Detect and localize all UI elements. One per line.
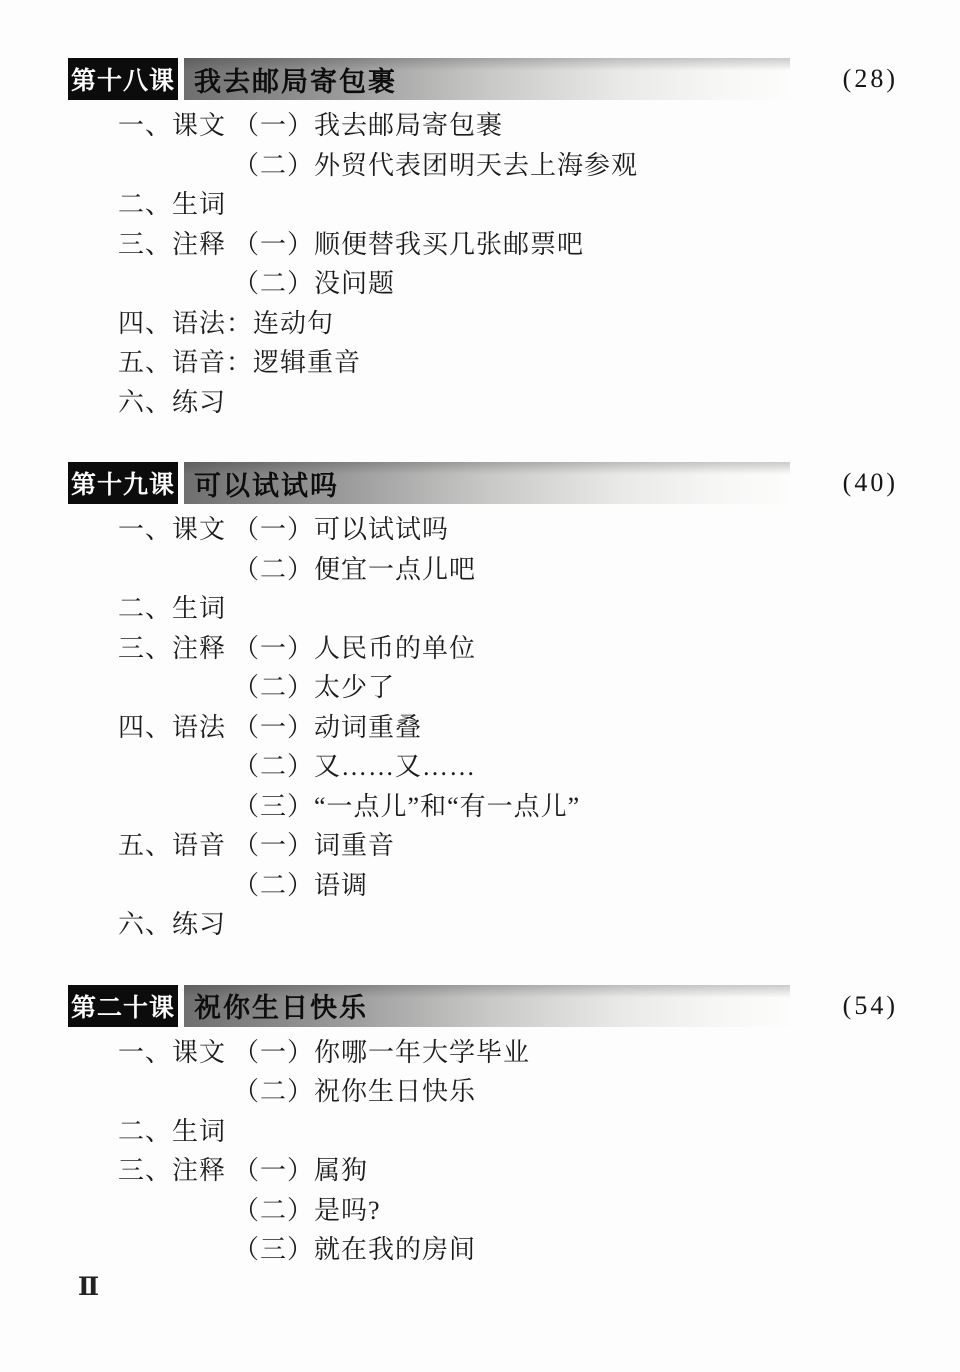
entry-heading: 三、注释 xyxy=(118,225,233,265)
page-number-marker: Ⅱ xyxy=(78,1272,898,1302)
entry-heading: 四、语法 xyxy=(118,708,233,748)
toc-entry-line: 四、语法（一）动词重叠 xyxy=(118,708,898,748)
toc-entry-line: 一、课文（一）我去邮局寄包裹 xyxy=(118,106,898,146)
entry-heading: 六、练习 xyxy=(118,905,233,945)
lesson-section: 第十九课可以试试吗(40)一、课文（一）可以试试吗（二）便宜一点儿吧二、生词三、… xyxy=(68,462,898,945)
toc-entry-line: 三、注释（一）顺便替我买几张邮票吧 xyxy=(118,225,898,265)
lesson-page-number: (28) xyxy=(790,58,898,100)
toc-lessons: 第十八课我去邮局寄包裹(28)一、课文（一）我去邮局寄包裹（二）外贸代表团明天去… xyxy=(68,58,898,1270)
entry-subitem: （二）便宜一点儿吧 xyxy=(233,550,476,590)
entry-subitem: （三）“一点儿”和“有一点儿” xyxy=(233,787,580,827)
lesson-title: 祝你生日快乐 xyxy=(184,986,368,1025)
lesson-header: 第十九课可以试试吗(40) xyxy=(68,462,898,504)
entry-subitem: （一）你哪一年大学毕业 xyxy=(233,1033,530,1073)
lesson-header: 第十八课我去邮局寄包裹(28) xyxy=(68,58,898,100)
entry-subitem: （二）又……又…… xyxy=(233,747,476,787)
entry-heading: 一、课文 xyxy=(118,1033,233,1073)
lesson-title: 可以试试吗 xyxy=(184,464,339,503)
entry-subitem: （一）人民币的单位 xyxy=(233,629,476,669)
toc-entry-line: 一、课文（一）可以试试吗 xyxy=(118,510,898,550)
entry-heading: 二、生词 xyxy=(118,589,233,629)
entry-subitem: （二）是吗? xyxy=(233,1191,381,1231)
toc-entry-line: 五、语音：逻辑重音 xyxy=(118,343,898,383)
lesson-title-bar: 祝你生日快乐 xyxy=(184,985,790,1027)
toc-entry-line: 六、练习 xyxy=(118,905,898,945)
entry-heading xyxy=(118,264,233,304)
lesson-number-label: 第十九课 xyxy=(68,462,178,504)
toc-entry-line: （二）语调 xyxy=(118,866,898,906)
toc-entry-line: （二）外贸代表团明天去上海参观 xyxy=(118,146,898,186)
entry-heading: 一、课文 xyxy=(118,106,233,146)
entry-heading: 三、注释 xyxy=(118,1151,233,1191)
toc-entry-line: （二）没问题 xyxy=(118,264,898,304)
entry-subitem: （三）就在我的房间 xyxy=(233,1230,476,1270)
entry-heading xyxy=(118,747,233,787)
entry-heading: 二、生词 xyxy=(118,1112,233,1152)
entry-subitem: （二）语调 xyxy=(233,866,368,906)
entry-heading xyxy=(118,787,233,827)
lesson-entry-list: 一、课文（一）可以试试吗（二）便宜一点儿吧二、生词三、注释（一）人民币的单位（二… xyxy=(68,510,898,945)
entry-heading: 二、生词 xyxy=(118,185,233,225)
entry-subitem: （二）太少了 xyxy=(233,668,395,708)
lesson-title-bar: 可以试试吗 xyxy=(184,462,790,504)
entry-subitem: （一）动词重叠 xyxy=(233,708,422,748)
entry-heading xyxy=(118,1230,233,1270)
entry-subitem: （二）祝你生日快乐 xyxy=(233,1072,476,1112)
lesson-entry-list: 一、课文（一）我去邮局寄包裹（二）外贸代表团明天去上海参观二、生词三、注释（一）… xyxy=(68,106,898,422)
toc-entry-line: （二）是吗? xyxy=(118,1191,898,1231)
entry-subitem: （一）属狗 xyxy=(233,1151,368,1191)
toc-entry-line: （二）又……又…… xyxy=(118,747,898,787)
toc-entry-line: 三、注释（一）人民币的单位 xyxy=(118,629,898,669)
toc-entry-line: （三）“一点儿”和“有一点儿” xyxy=(118,787,898,827)
entry-subitem: （一）可以试试吗 xyxy=(233,510,449,550)
lesson-title-bar: 我去邮局寄包裹 xyxy=(184,58,790,100)
lesson-entry-list: 一、课文（一）你哪一年大学毕业（二）祝你生日快乐二、生词三、注释（一）属狗（二）… xyxy=(68,1033,898,1270)
toc-entry-line: （二）祝你生日快乐 xyxy=(118,1072,898,1112)
toc-entry-line: 四、语法：连动句 xyxy=(118,304,898,344)
toc-entry-line: （三）就在我的房间 xyxy=(118,1230,898,1270)
entry-heading: 五、语音：逻辑重音 xyxy=(118,343,361,383)
entry-heading xyxy=(118,1072,233,1112)
entry-subitem: （二）外贸代表团明天去上海参观 xyxy=(233,146,638,186)
entry-heading: 五、语音 xyxy=(118,826,233,866)
lesson-number-label: 第二十课 xyxy=(68,985,178,1027)
entry-heading xyxy=(118,146,233,186)
toc-entry-line: 一、课文（一）你哪一年大学毕业 xyxy=(118,1033,898,1073)
entry-heading: 四、语法：连动句 xyxy=(118,304,334,344)
entry-heading xyxy=(118,668,233,708)
lesson-page-number: (40) xyxy=(790,462,898,504)
entry-subitem: （一）我去邮局寄包裹 xyxy=(233,106,503,146)
entry-heading xyxy=(118,550,233,590)
lesson-title: 我去邮局寄包裹 xyxy=(184,60,397,99)
toc-entry-line: （二）便宜一点儿吧 xyxy=(118,550,898,590)
lesson-section: 第十八课我去邮局寄包裹(28)一、课文（一）我去邮局寄包裹（二）外贸代表团明天去… xyxy=(68,58,898,422)
lesson-number-label: 第十八课 xyxy=(68,58,178,100)
entry-subitem: （一）顺便替我买几张邮票吧 xyxy=(233,225,584,265)
entry-heading xyxy=(118,866,233,906)
toc-page: 第十八课我去邮局寄包裹(28)一、课文（一）我去邮局寄包裹（二）外贸代表团明天去… xyxy=(0,0,960,1372)
toc-entry-line: 三、注释（一）属狗 xyxy=(118,1151,898,1191)
toc-entry-line: 二、生词 xyxy=(118,1112,898,1152)
lesson-section: 第二十课祝你生日快乐(54)一、课文（一）你哪一年大学毕业（二）祝你生日快乐二、… xyxy=(68,985,898,1270)
entry-heading: 三、注释 xyxy=(118,629,233,669)
toc-entry-line: 二、生词 xyxy=(118,185,898,225)
toc-entry-line: 五、语音（一）词重音 xyxy=(118,826,898,866)
toc-entry-line: 二、生词 xyxy=(118,589,898,629)
entry-subitem: （一）词重音 xyxy=(233,826,395,866)
entry-subitem: （二）没问题 xyxy=(233,264,395,304)
lesson-header: 第二十课祝你生日快乐(54) xyxy=(68,985,898,1027)
toc-entry-line: （二）太少了 xyxy=(118,668,898,708)
toc-entry-line: 六、练习 xyxy=(118,383,898,423)
entry-heading xyxy=(118,1191,233,1231)
entry-heading: 一、课文 xyxy=(118,510,233,550)
entry-heading: 六、练习 xyxy=(118,383,233,423)
lesson-page-number: (54) xyxy=(790,985,898,1027)
